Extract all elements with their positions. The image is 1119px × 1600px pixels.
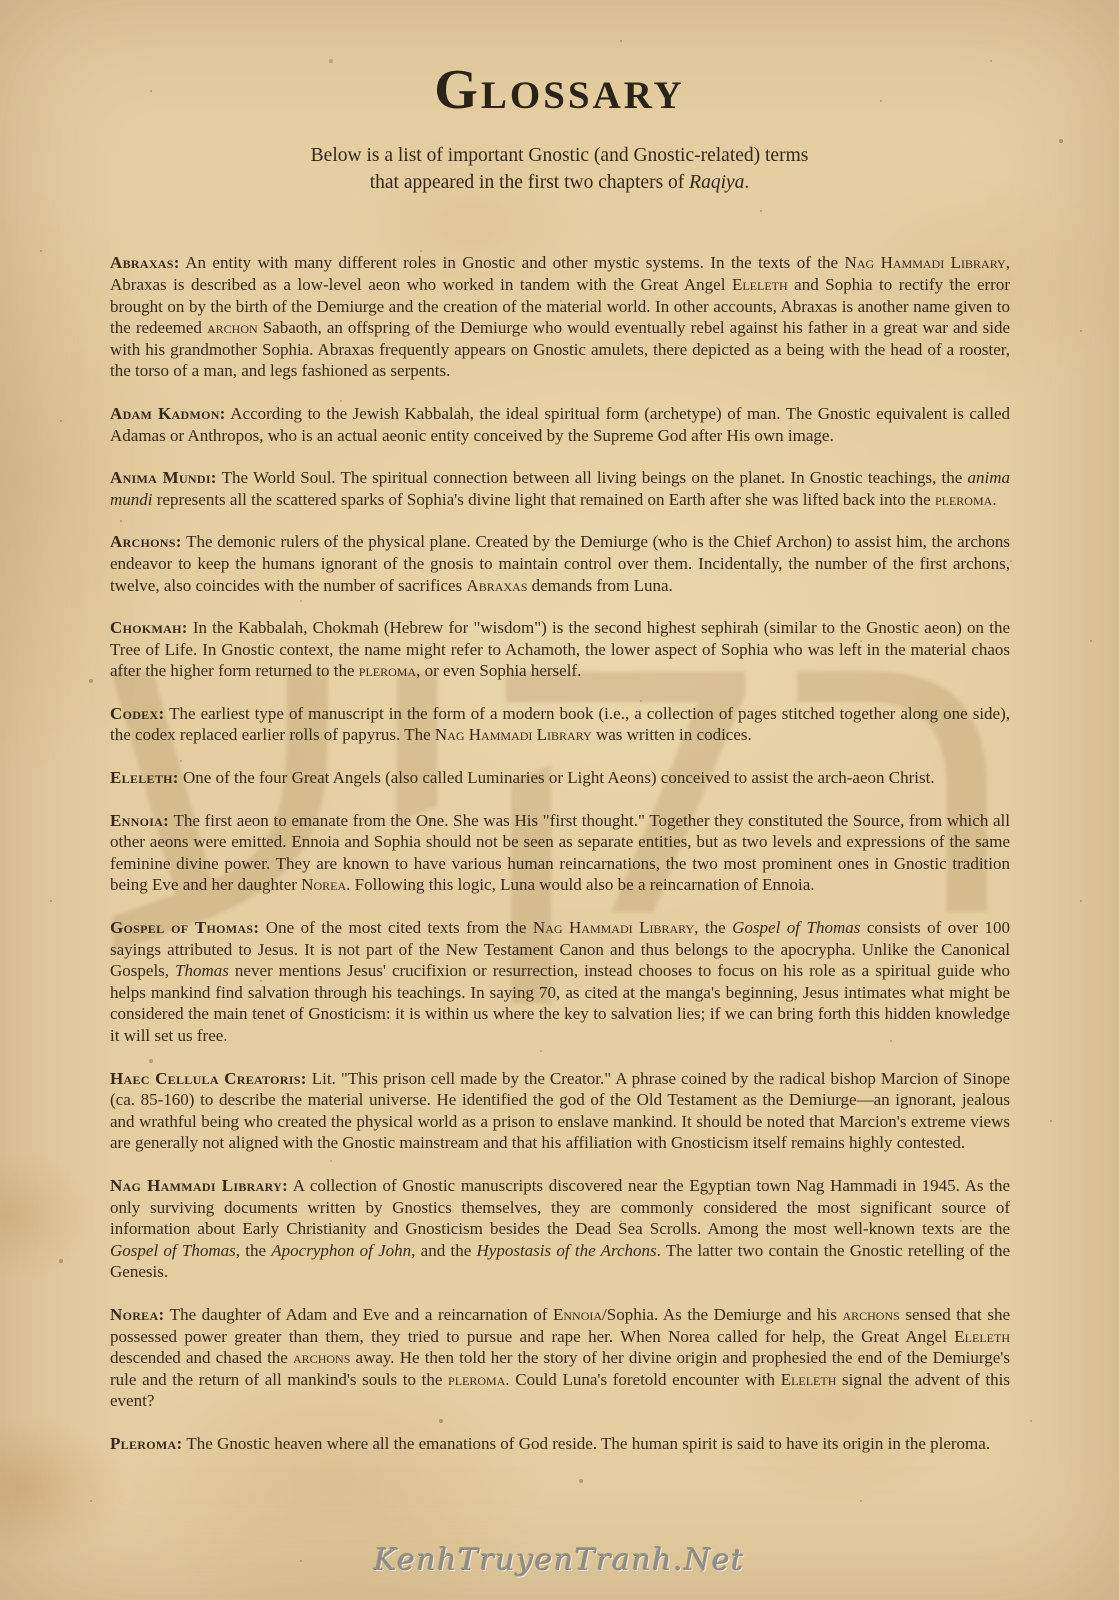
definition-segment: pleroma [448,1370,505,1389]
glossary-entry: Anima Mundi: The World Soul. The spiritu… [110,467,1010,510]
definition-segment: Nag Hammadi Library [533,918,694,937]
glossary-term: Ennoia: [110,811,169,830]
glossary-entry: Codex: The earliest type of manuscript i… [110,703,1010,746]
definition-segment: Nag Hammadi Library [435,725,592,744]
definition-segment: . [992,490,996,509]
page-subtitle: Below is a list of important Gnostic (an… [0,142,1119,196]
definition-segment: Eleleth [954,1327,1010,1346]
glossary-entry: Nag Hammadi Library: A collection of Gno… [110,1175,1010,1283]
glossary-term: Pleroma: [110,1434,182,1453]
definition-segment: Eleleth [781,1370,837,1389]
glossary-list: Abraxas: An entity with many different r… [110,252,1010,1454]
glossary-entry: Eleleth: One of the four Great Angels (a… [110,767,1010,789]
subtitle-line1: Below is a list of important Gnostic (an… [311,145,809,166]
definition-segment: /Sophia. As the Demiurge and his [602,1305,842,1324]
subtitle-line2-suffix: . [744,172,749,193]
definition-segment: , and the [411,1241,476,1260]
glossary-entry: Abraxas: An entity with many different r… [110,252,1010,382]
definition-segment: pleroma [935,490,992,509]
subtitle-line2-prefix: that appeared in the first two chapters … [370,172,689,193]
definition-segment: , the [236,1241,272,1260]
definition-segment: demands from Luna. [527,576,672,595]
glossary-entry: Ennoia: The first aeon to emanate from t… [110,810,1010,896]
definition-segment: archons [842,1305,899,1324]
definition-segment: . Following this logic, Luna would also … [346,875,814,894]
glossary-term: Abraxas: [110,253,180,272]
glossary-term: Adam Kadmon: [110,404,226,423]
glossary-term: Eleleth: [110,768,179,787]
definition-segment: Thomas [175,961,229,980]
definition-segment: One of the four Great Angels (also calle… [179,768,935,787]
definition-segment: Apocryphon of John [271,1241,411,1260]
glossary-entry: Norea: The daughter of Adam and Eve and … [110,1304,1010,1412]
glossary-page: רקיע Glossary Below is a list of importa… [0,0,1119,1600]
definition-segment: was written in codices. [592,725,752,744]
definition-segment: Ennoia [553,1305,602,1324]
definition-segment: Hypostasis of the Archons [477,1241,657,1260]
definition-segment: represents all the scattered sparks of S… [153,490,935,509]
definition-segment: The daughter of Adam and Eve and a reinc… [164,1305,553,1324]
glossary-term: Anima Mundi: [110,468,217,487]
definition-segment: The World Soul. The spiritual connection… [217,468,968,487]
glossary-term: Nag Hammadi Library: [110,1176,288,1195]
definition-segment: , the [694,918,732,937]
definition-segment: pleroma [359,661,416,680]
glossary-term: Gospel of Thomas: [110,918,259,937]
glossary-term: Norea: [110,1305,164,1324]
subtitle-book-title: Raqiya [689,172,744,193]
definition-segment: Abraxas [466,576,527,595]
glossary-term: Archons: [110,532,182,551]
site-watermark: KenhTruyenTranh.Net [0,1543,1119,1578]
definition-segment: never mentions Jesus' crucifixion or res… [110,961,1010,1045]
glossary-entry: Adam Kadmon: According to the Jewish Kab… [110,403,1010,446]
glossary-entry: Archons: The demonic rulers of the physi… [110,531,1010,596]
glossary-entry: Haec Cellula Creatoris: Lit. "This priso… [110,1068,1010,1154]
definition-segment: The Gnostic heaven where all the emanati… [182,1434,990,1453]
definition-segment: An entity with many different roles in G… [180,253,845,272]
page-content: Glossary Below is a list of important Gn… [0,0,1119,1455]
definition-segment: descended and chased the [110,1348,293,1367]
glossary-term: Chokmah: [110,618,188,637]
definition-segment: Norea [301,875,346,894]
definition-segment: archons [293,1348,350,1367]
definition-segment: Gospel of Thomas [732,918,860,937]
glossary-term: Haec Cellula Creatoris: [110,1069,307,1088]
definition-segment: Gospel of Thomas [110,1241,236,1260]
definition-segment: Eleleth [732,275,788,294]
definition-segment: , or even Sophia herself. [416,661,581,680]
glossary-term: Codex: [110,704,164,723]
glossary-entry: Pleroma: The Gnostic heaven where all th… [110,1433,1010,1455]
glossary-entry: Chokmah: In the Kabbalah, Chokmah (Hebre… [110,617,1010,682]
definition-segment: Nag Hammadi Library [845,253,1006,272]
definition-segment: . Could Luna's foretold encounter with [505,1370,780,1389]
glossary-entry: Gospel of Thomas: One of the most cited … [110,917,1010,1047]
definition-segment: According to the Jewish Kabbalah, the id… [110,404,1010,445]
definition-segment: archon [207,318,258,337]
page-title: Glossary [0,0,1119,122]
definition-segment: One of the most cited texts from the [259,918,533,937]
